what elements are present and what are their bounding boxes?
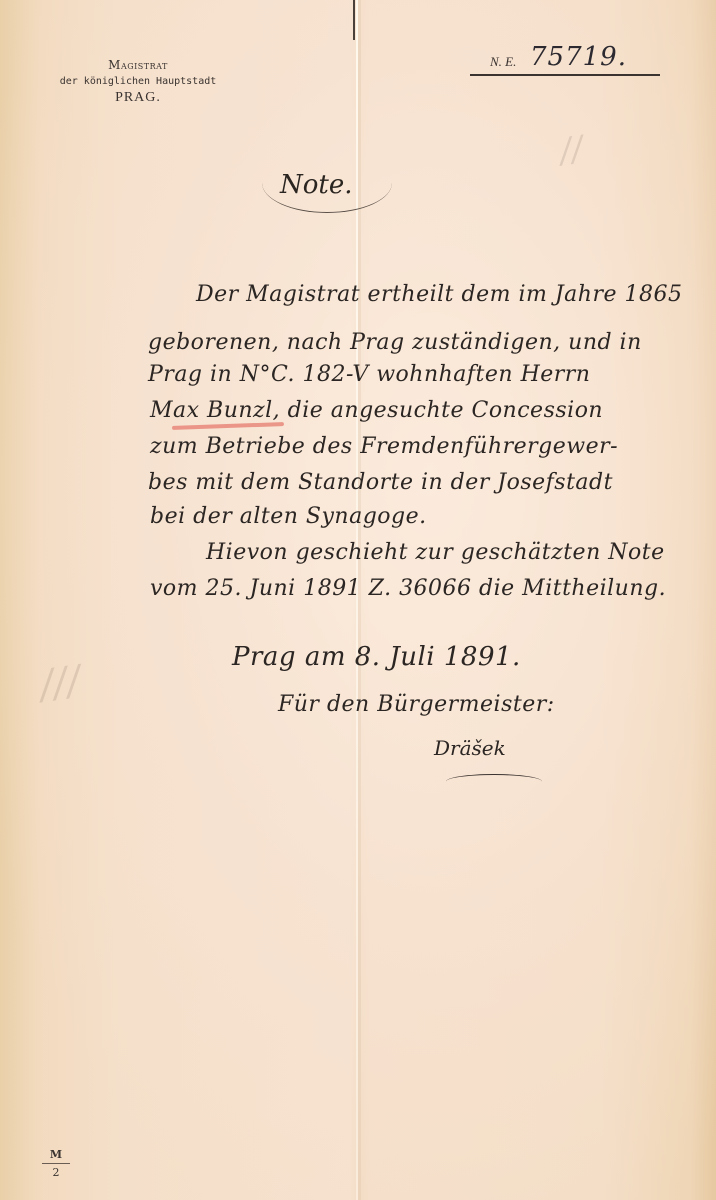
- bleed-through-text: ∕∕∕: [37, 657, 83, 708]
- body-line: zum Betriebe des Fremdenführergewer-: [150, 434, 618, 459]
- body-line: Der Magistrat ertheilt dem im Jahre 1865: [196, 282, 682, 307]
- body-line: Max Bunzl, die angesuchte Concession: [150, 398, 603, 423]
- top-ink-mark: [353, 0, 355, 40]
- footer-mark-top: M: [42, 1148, 70, 1164]
- document-page: ∕∕∕ ∕∕ Magistrat der königlichen Hauptst…: [0, 0, 716, 1200]
- place-date: Prag am 8. Juli 1891.: [232, 642, 521, 672]
- body-line: Hievon geschieht zur geschätzten Note: [206, 540, 665, 565]
- reference-number: N. E. 75719.: [470, 44, 660, 76]
- closing-line: Für den Bürgermeister:: [278, 692, 555, 717]
- signature: Dräšek: [434, 736, 506, 760]
- body-line: geborenen, nach Prag zuständigen, und in: [148, 330, 642, 355]
- body-line: vom 25. Juni 1891 Z. 36066 die Mittheilu…: [150, 576, 666, 601]
- red-pencil-underline: [172, 422, 284, 430]
- document-heading: Note.: [280, 170, 353, 200]
- letterhead: Magistrat der königlichen Hauptstadt PRA…: [28, 58, 248, 106]
- bleed-through-text: ∕∕: [557, 129, 585, 172]
- body-line: bei der alten Synagoge.: [150, 504, 427, 529]
- reference-label: N. E.: [490, 54, 516, 70]
- signature-flourish: [446, 774, 542, 789]
- body-line: bes mit dem Standorte in der Josefstadt: [148, 470, 613, 495]
- letterhead-title: Magistrat: [28, 58, 248, 72]
- letterhead-city: PRAG.: [28, 90, 248, 106]
- reference-value: 75719.: [530, 42, 627, 72]
- letterhead-subtitle: der königlichen Hauptstadt: [28, 76, 248, 87]
- footer-form-mark: M 2: [42, 1148, 70, 1179]
- body-line: Prag in N°C. 182-V wohnhaften Herrn: [148, 362, 590, 387]
- footer-mark-bottom: 2: [42, 1164, 70, 1179]
